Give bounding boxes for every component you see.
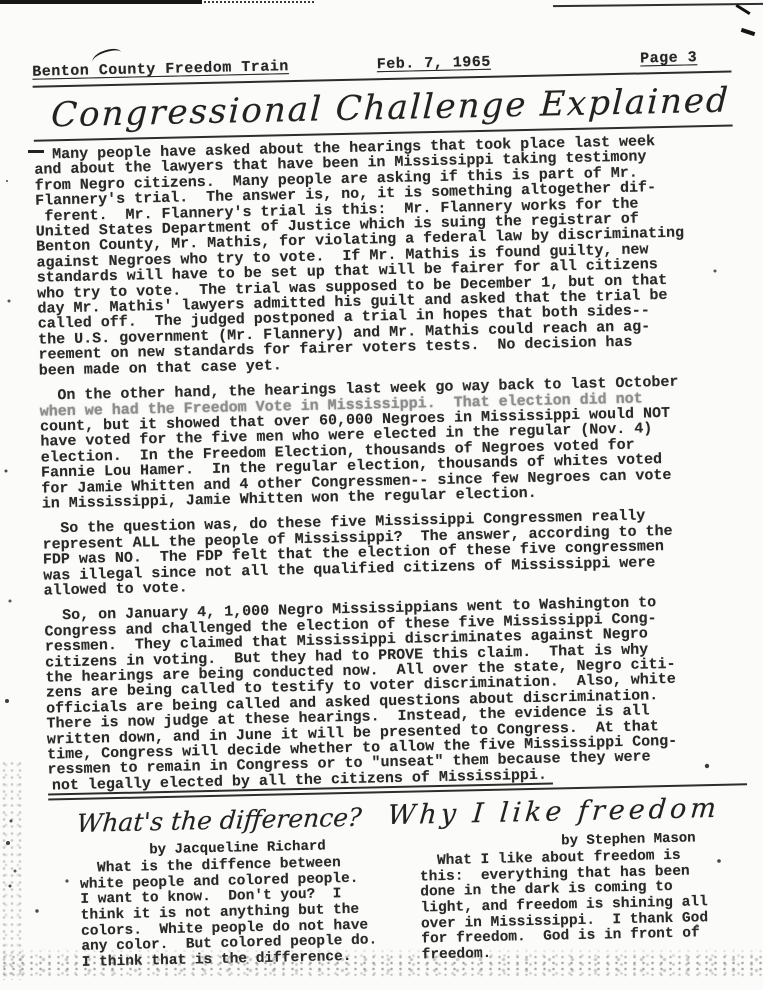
page-number: Page 3 bbox=[640, 49, 697, 67]
issue-date: Feb. 7, 1965 bbox=[377, 54, 491, 73]
publication-title: Benton County Freedom Train bbox=[32, 58, 289, 81]
paragraph-freedom-vote-rest: count, but it showed that over 60,000 Ne… bbox=[40, 404, 741, 512]
scan-artifact-margin-dash bbox=[28, 150, 44, 153]
scan-artifact-top-border bbox=[0, 0, 202, 4]
section-heading-difference: What's the difference? bbox=[76, 803, 363, 838]
scan-artifact-speckles bbox=[6, 180, 8, 182]
byline-stephen-mason: by Stephen Mason bbox=[561, 830, 743, 850]
scan-artifact-bottom-noise-band bbox=[0, 948, 763, 980]
paragraph-flannery-trial: Many people have asked about the hearing… bbox=[34, 132, 738, 378]
paragraph-fdp-question: So the question was, do these five Missi… bbox=[42, 507, 743, 599]
section-heading-freedom: Why I like freedom bbox=[386, 793, 721, 831]
scan-artifact-top-dotted-line bbox=[204, 1, 314, 3]
column-why-i-like-freedom: by Stephen Mason What I like about freed… bbox=[419, 830, 746, 964]
page-inner: Benton County Freedom Train Feb. 7, 1965… bbox=[0, 0, 763, 973]
page-content: Benton County Freedom Train Feb. 7, 1965… bbox=[0, 0, 763, 973]
scanned-newsletter-page: Benton County Freedom Train Feb. 7, 1965… bbox=[0, 0, 763, 990]
column-freedom-body: What I like about freedom is this: every… bbox=[419, 848, 745, 964]
scan-artifact-left-noise bbox=[0, 760, 26, 980]
paragraph-congress-challenge: So, on January 4, 1,000 Negro Mississipp… bbox=[44, 594, 747, 779]
paragraph-freedom-vote: On the other hand, the hearings last wee… bbox=[39, 373, 741, 511]
